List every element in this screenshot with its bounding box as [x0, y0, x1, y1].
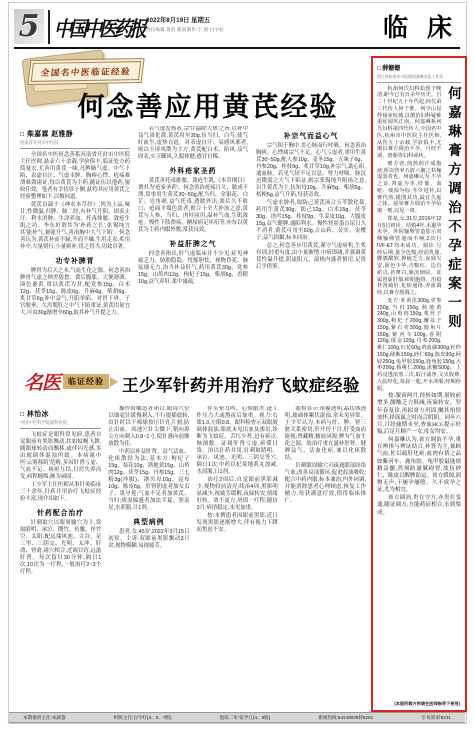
- body-paragraph: 飞蚊症是眼科常见病,患者自觉眼前有黑影飘动,状如蚊蝇飞舞,随眼球转动而飘移,或伴…: [20, 432, 101, 481]
- body-paragraph: 若气虚发热者,宗'甘温除大热'之旨,以补中益气汤化裁,黄芪用至30g,伍当归、白…: [138, 126, 248, 161]
- byline-affiliation: 中国中医科学院眼科医院: [20, 420, 101, 426]
- column-subhead: 针药配合治疗: [20, 507, 101, 517]
- sidebar-vertical-title: 何嘉琳膏方调治不孕症案一则: [445, 86, 461, 338]
- column-subhead: 外科疮家圣药: [138, 165, 248, 175]
- second-article-columns: □ 林怡冰 中国中医科学院眼科医院 飞蚊症是眼科常见病,患者自觉眼前有黑影飘动,…: [20, 406, 366, 706]
- article-column: 补宗气而益心气宗气积于胸中,贯心脉而行呼吸。何念善治胸痹、心悸属宗气不足、心气亏…: [256, 126, 366, 358]
- article-column: □ 林怡冰 中国中医科学院眼科医院 飞蚊症是眼科常见病,患者自觉眼前有黑影飘动,…: [20, 406, 101, 706]
- byline-affiliation: 河南省开封市中医院: [20, 140, 130, 146]
- byline: □ 林怡冰: [20, 408, 101, 418]
- body-paragraph: 何嘉琳认为,膏方调治不孕,重在辨体与辨证结合,补肾为主,兼顾气血,佐以疏肝化瘀;…: [377, 437, 461, 494]
- article-feiwenzheng: 名医 临证经验 王少军针药并用治疗飞蚊症经验 □ 林怡冰 中国中医科学院眼科医院…: [20, 362, 366, 706]
- section-title: 临 床: [383, 8, 458, 44]
- body-paragraph: 黄芪善托毒排脓、敛疮生肌,《本草纲目》谓其为'疮家圣药'。何念善治疮疡日久、脓成…: [138, 178, 248, 234]
- footer-item: 新闻热线:84249009转6201: [318, 715, 373, 721]
- article-column: □ 柴嘉霖 赵雅静 河南省开封市中医院 全国名中医何念善系河南省开封市中医院主任…: [20, 126, 130, 358]
- newspaper-page: 5 中国中医药报 2022年8月19日 星期五 责任编辑:黄蓓 版面制作:于 婧…: [0, 0, 474, 729]
- column-text: 飞蚊症是眼科常见病,患者自觉眼前有黑影飘动,状如蚊蝇飞舞,随眼球转动而飘移,或伴…: [20, 432, 101, 576]
- sidebar-article-box: □ 薛姗姗 浙江省杭州市中医院何嘉琳名医工作室 何嘉琳膏方调治不孕症案一则 杭州…: [371, 56, 467, 712]
- byline-box: □ 林怡冰 中国中医科学院眼科医院: [20, 406, 101, 429]
- series-badge: 全国名中医临证经验: [31, 61, 142, 82]
- badge-pennant-icon: [110, 377, 118, 387]
- body-paragraph: 按:本例患者因眼前黑影,近日发现黑影逐渐增大,伴有视力下降而焦虑不安。: [197, 513, 278, 534]
- sidebar-byline: □ 薛姗姗: [377, 63, 461, 72]
- byline: □ 柴嘉霖 赵雅静: [20, 128, 130, 138]
- page-number: 5: [19, 9, 40, 44]
- issue-date: 2022年8月19日 星期五: [146, 15, 224, 24]
- footer-item: 本期值班主任:朱蕗鋆: [23, 715, 66, 721]
- body-paragraph: 膏方调治,贵在守方,亦贵在变通,随证调方,方能药证相合,水到渠成。: [377, 495, 461, 516]
- column-subhead: 补益肝脾之气: [138, 238, 248, 248]
- body-paragraph: 脾胃为后天之本,气血生化之源。何念善治脾胃气虚之纳差倦怠、食后腹胀、大便溏薄、面…: [20, 268, 130, 317]
- article-column: 操作时嘱患者闭目,眼周穴位以细毫针缓慢刺入,不行提插捻转,出针时以干棉球按压针孔…: [108, 406, 189, 706]
- body-paragraph: 宗气积于胸中,贯心脉而行呼吸。何念善治胸痹、心悸属宗气不足、心气亏虚者,重用生黄…: [256, 143, 366, 199]
- sidebar-body: 何嘉琳膏方调治不孕症案一则 杭州何氏妇科始创于晚清,距今已有百余年历史。自二十世…: [377, 86, 461, 517]
- body-paragraph: 针刺取穴以眼周腧穴为主,常取睛明、承泣、攒竹、鱼腰、丝竹空、太阳,配远端风池、合…: [20, 520, 101, 576]
- body-paragraph: 患者,女,45岁,2022年3月15日初诊。主诉:双眼前黑影飘动3月余,视物模糊…: [108, 529, 189, 550]
- column-subhead: 补宗气而益心气: [256, 130, 366, 140]
- page-number-box: 5: [14, 9, 44, 44]
- footer-item: 组版主任:白宇红(4、5、7版): [114, 715, 172, 721]
- column-subhead: 典型病例: [108, 516, 189, 526]
- masthead-divider: [48, 10, 50, 44]
- footer-item: 专刊部:转6231: [421, 715, 451, 721]
- body-paragraph: 伴头晕耳鸣、心烦眠差,逢工作压力大或熬夜后加重。视力:右眼1.0,左眼0.8。眼…: [197, 406, 278, 476]
- main-article-title: 何念善应用黄芪经验: [50, 85, 366, 124]
- byline-box: □ 柴嘉霖 赵雅静 河南省开封市中医院: [20, 126, 130, 149]
- body-paragraph: 操作时嘱患者闭目,眼周穴位以细毫针缓慢刺入,不行提插捻转,出针时以干棉球按压针孔…: [108, 406, 189, 448]
- article-huangqi: 全国名中医临证经验 何念善应用黄芪经验 □ 柴嘉霖 赵雅静 河南省开封市中医院 …: [20, 52, 366, 358]
- column-subhead: 功专补脾胃: [20, 255, 130, 265]
- sidebar-disclaimer: (本版所载方药请在医师指导下使用): [394, 701, 460, 707]
- body-paragraph: 全国名中医何念善系河南省开封市中医院主任医师,悬壶六十余载,学验俱丰,临证处方药…: [20, 152, 130, 201]
- footer-item: 值班二审:张学江(4、8版): [219, 715, 270, 721]
- main-article-columns: □ 柴嘉霖 赵雅静 河南省开封市中医院 全国名中医何念善系河南省开封市中医院主任…: [20, 126, 366, 358]
- series-badge-mingyi: 名医 临证经验: [24, 368, 118, 395]
- badge-mingyi-script: 名医: [24, 368, 60, 395]
- date-block: 2022年8月19日 星期五 责任编辑:黄蓓 版面制作:于 婧 白宇虹: [146, 15, 224, 33]
- column-text: 全国名中医何念善系河南省开封市中医院主任医师,悬壶六十余载,学验俱丰,临证处方药…: [20, 152, 130, 317]
- body-paragraph: 总之,何念善应用黄芪,谨守气虚病机,生炙有别,轻重有度,由小量渐增,中病即减,并…: [256, 243, 366, 271]
- article-column: 眼检显示:角膜透明,晶状体透明,玻璃体絮状混浊,余未见异常。王少军认为,本病与肝…: [285, 406, 366, 706]
- body-paragraph: 治疗2周后,自觉眼前黑影减少,视物较前清亮;续治4周,黑影明显减少,视疲劳缓解,…: [197, 477, 278, 512]
- body-paragraph: 眼检显示:角膜透明,晶状体透明,玻璃体絮状混浊,余未见异常。王少军认为,本病与肝…: [285, 406, 366, 462]
- body-paragraph: 王少军主任医师从事针灸临床三十余年,针药并用治疗飞蚊症经验丰富,现介绍如下。: [20, 482, 101, 503]
- second-article-title: 王少军针药并用治疗飞蚊症经验: [116, 372, 366, 396]
- body-paragraph: 气虚水肿者,取防己黄芪汤合五苓散化裁,药用生黄芪30g、防己12g、白术15g、…: [256, 200, 366, 242]
- body-paragraph: 黄芪首载于《神农本草经》,列为上品,味甘,性微温,归脾、肺二经,有补气升阳、固表…: [20, 202, 130, 251]
- body-paragraph: 中药以补益肝肾、益气活血、化痰散结为法,基本方:枸杞子15g、菊花10g、熟地黄…: [108, 449, 189, 512]
- footer-credits-bar: 本期值班主任:朱蕗鋆 组版主任:白宇红(4、5、7版) 值班二审:张学江(4、8…: [9, 712, 465, 723]
- badge-ribbon: 临证经验: [63, 374, 109, 389]
- masthead-title: 中国中医药报: [54, 13, 144, 43]
- editor-credits: 责任编辑:黄蓓 版面制作:于 婧 白宇虹: [146, 27, 224, 33]
- sidebar-affiliation: 浙江省杭州市中医院何嘉琳名医工作室: [377, 72, 461, 83]
- article-column: 伴头晕耳鸣、心烦眠差,逢工作压力大或熬夜后加重。视力:右眼1.0,左眼0.8。眼…: [197, 406, 278, 706]
- body-paragraph: 何念善指出,肝气虚临床并不少见,症见神疲乏力、胁肋隐隐、忧郁胆怯、视物昏花、脉弦…: [138, 251, 248, 286]
- article-column: 若气虚发热者,宗'甘温除大热'之旨,以补中益气汤化裁,黄芪用至30g,伍当归、白…: [138, 126, 248, 358]
- body-paragraph: 按:服膏两月,经转如期,量较前增多,腰酸乏力俱减,夜寐转安。翌年春复诊,再拟膏方…: [377, 393, 461, 436]
- body-paragraph: 针刺眼周腧穴可疏通眼部经络气血,改善局部循环,促进混浊吸收;配合中药内服,标本兼…: [285, 463, 366, 505]
- header-rule: [14, 47, 460, 49]
